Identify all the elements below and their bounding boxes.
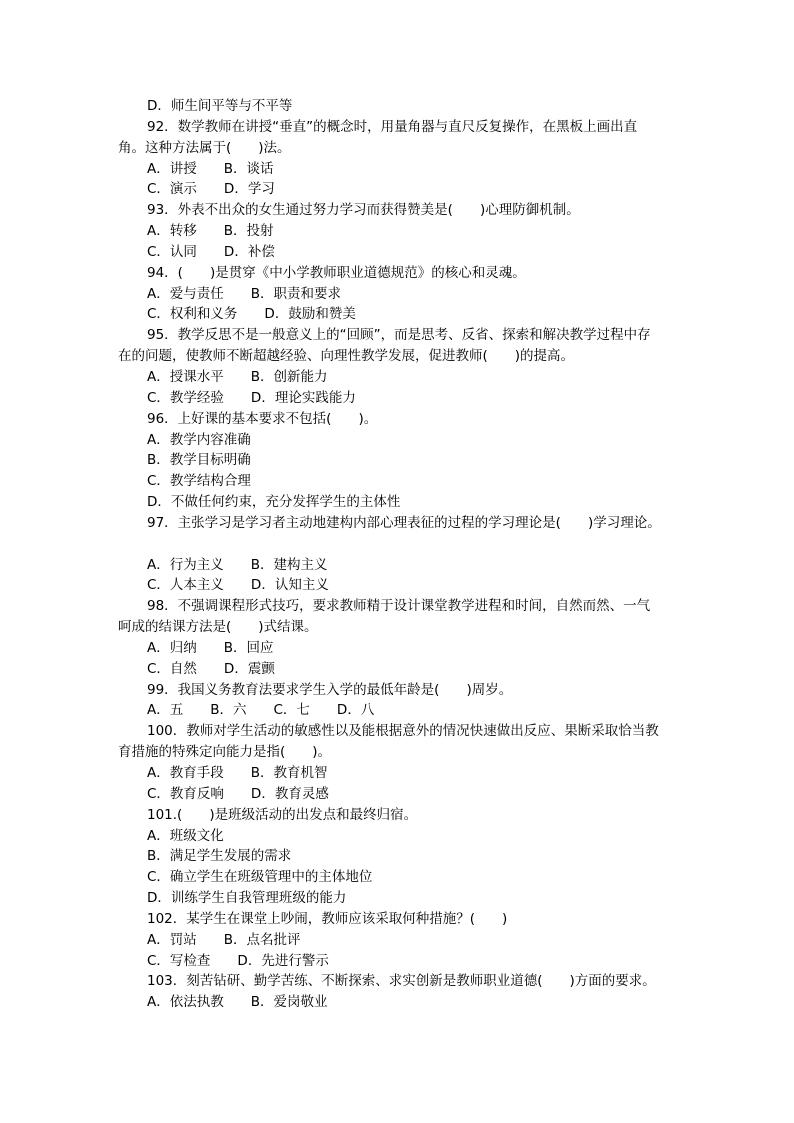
- question-stem: 95．教学反思不是一般意义上的“回顾”，而是思考、反省、探索和解决教学过程中存: [118, 325, 678, 346]
- answer-option: A．爱与责任 B．职责和要求: [118, 284, 678, 305]
- answer-option: C．自然 D．震颤: [118, 659, 678, 680]
- question-stem: 98．不强调课程形式技巧，要求教师精于设计课堂教学进程和时间，自然而然、一气: [118, 596, 678, 617]
- answer-option: C．演示 D．学习: [118, 179, 678, 200]
- answer-option: D．训练学生自我管理班级的能力: [118, 888, 678, 909]
- answer-option: B．教学目标明确: [118, 450, 678, 471]
- question-stem: 101.( )是班级活动的出发点和最终归宿。: [118, 805, 678, 826]
- question-stem: 93．外表不出众的女生通过努力学习而获得赞美是( )心理防御机制。: [118, 200, 678, 221]
- question-stem: 92．数学教师在讲授“垂直”的概念时，用量角器与直尺反复操作，在黑板上画出直: [118, 117, 678, 138]
- question-stem-continuation: 育措施的特殊定向能力是指( )。: [118, 742, 678, 763]
- answer-option: C．人本主义 D．认知主义: [118, 575, 678, 596]
- answer-option: C．写检查 D．先进行警示: [118, 951, 678, 972]
- answer-option: A．教育手段 B．教育机智: [118, 763, 678, 784]
- answer-option: A．五 B．六 C．七 D．八: [118, 700, 678, 721]
- answer-option: A．归纳 B．回应: [118, 638, 678, 659]
- answer-option: B．满足学生发展的需求: [118, 846, 678, 867]
- answer-option: C．权利和义务 D．鼓励和赞美: [118, 304, 678, 325]
- answer-option: A．罚站 B．点名批评: [118, 930, 678, 951]
- answer-option: D．不做任何约束，充分发挥学生的主体性: [118, 492, 678, 513]
- document-page: D．师生间平等与不平等92．数学教师在讲授“垂直”的概念时，用量角器与直尺反复操…: [118, 96, 678, 1013]
- question-stem: 102．某学生在课堂上吵闹，教师应该采取何种措施？( ): [118, 909, 678, 930]
- question-stem: 96．上好课的基本要求不包括( )。: [118, 409, 678, 430]
- answer-option: C．确立学生在班级管理中的主体地位: [118, 867, 678, 888]
- question-stem: 100．教师对学生活动的敏感性以及能根据意外的情况快速做出反应、果断采取恰当教: [118, 721, 678, 742]
- question-stem: 94．( )是贯穿《中小学教师职业道德规范》的核心和灵魂。: [118, 263, 678, 284]
- question-stem-continuation: 呵成的结课方法是( )式结课。: [118, 617, 678, 638]
- answer-option: C．认同 D．补偿: [118, 242, 678, 263]
- answer-option: C．教学结构合理: [118, 471, 678, 492]
- answer-option: A．讲授 B．谈话: [118, 159, 678, 180]
- answer-option: C．教育反响 D．教育灵感: [118, 784, 678, 805]
- answer-option: C．教学经验 D．理论实践能力: [118, 388, 678, 409]
- answer-option: A．班级文化: [118, 826, 678, 847]
- question-stem: 97．主张学习是学习者主动地建构内部心理表征的过程的学习理论是( )学习理论。: [118, 513, 678, 534]
- blank-line: [118, 534, 678, 555]
- answer-option: A．教学内容准确: [118, 430, 678, 451]
- answer-option: A．依法执教 B．爱岗敬业: [118, 992, 678, 1013]
- question-stem-continuation: 角。这种方法属于( )法。: [118, 138, 678, 159]
- question-stem: 103．刻苦钻研、勤学苦练、不断探索、求实创新是教师职业道德( )方面的要求。: [118, 971, 678, 992]
- question-stem: 99．我国义务教育法要求学生入学的最低年龄是( )周岁。: [118, 680, 678, 701]
- answer-option: D．师生间平等与不平等: [118, 96, 678, 117]
- answer-option: A．授课水平 B．创新能力: [118, 367, 678, 388]
- answer-option: A．行为主义 B．建构主义: [118, 555, 678, 576]
- question-stem-continuation: 在的问题，使教师不断超越经验、向理性教学发展，促进教师( )的提高。: [118, 346, 678, 367]
- answer-option: A．转移 B．投射: [118, 221, 678, 242]
